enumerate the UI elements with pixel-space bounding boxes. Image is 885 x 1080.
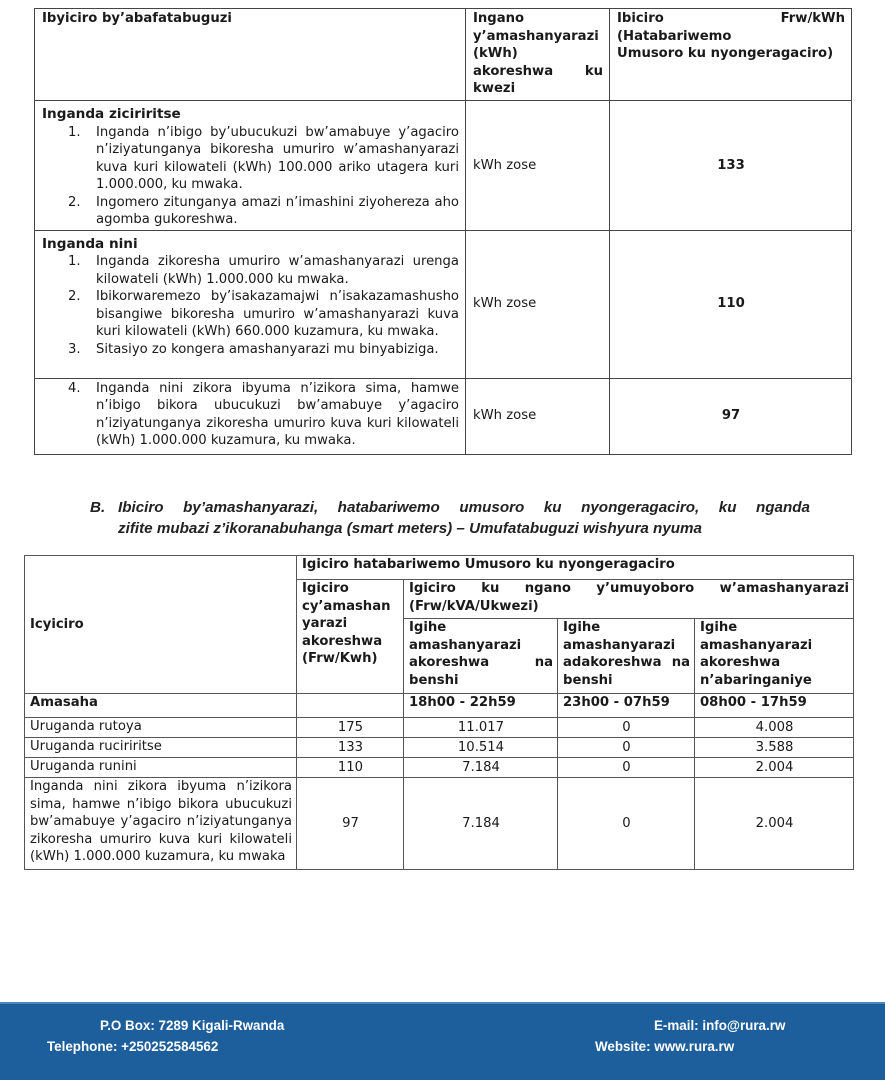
table-row: Uruganda runini 110 7.184 0 2.004: [25, 758, 854, 778]
item-text: Ibikorwaremezo by’isakazamajwi n’isakaza…: [96, 289, 459, 339]
shoulder-price-cell: 2.004: [695, 778, 854, 870]
group-title: Inganda ziciriritse: [42, 106, 459, 124]
peak-price-cell: 7.184: [404, 758, 558, 778]
consumption-cell: kWh zose: [466, 230, 610, 378]
table-row: Inganda nini 1.Inganda zikoresha umuriro…: [35, 230, 852, 378]
hours-empty-cell: [297, 694, 404, 718]
list-item: 3.Sitasiyo zo kongera amashanyarazi mu b…: [42, 341, 459, 359]
item-list: 1.Inganda zikoresha umuriro w’amashanyar…: [42, 253, 459, 358]
item-number: 4.: [68, 380, 81, 398]
footer-website[interactable]: Website: www.rura.rw: [595, 1039, 734, 1054]
tariff-categories-table: Ibyiciro by’abafatabuguzi Ingano y’amash…: [34, 8, 852, 455]
hours-row-label: Amasaha: [25, 694, 297, 718]
peak-price-cell: 11.017: [404, 718, 558, 738]
category-cell: Uruganda rutoya: [25, 718, 297, 738]
category-cell: Inganda nini 1.Inganda zikoresha umuriro…: [35, 230, 466, 378]
offpeak-price-cell: 0: [558, 738, 695, 758]
offpeak-price-cell: 0: [558, 778, 695, 870]
page-footer: P.O Box: 7289 Kigali-Rwanda Telephone: +…: [0, 1002, 885, 1080]
footer-pobox: P.O Box: 7289 Kigali-Rwanda: [100, 1018, 284, 1033]
header-demand-price: Igiciro ku ngano y’umuyoboro w’amashanya…: [404, 580, 854, 619]
consumption-cell: kWh zose: [466, 378, 610, 454]
list-item: 4.Inganda nini zikora ibyuma n’izikora s…: [42, 380, 459, 450]
header-category: Ibyiciro by’abafatabuguzi: [35, 9, 466, 101]
section-b-title-line2: zifite mubazi z’ikoranabuhanga (smart me…: [90, 518, 810, 539]
table-header-row: Ibyiciro by’abafatabuguzi Ingano y’amash…: [35, 9, 852, 101]
item-number: 2.: [68, 194, 81, 212]
table-header-row: Icyiciro Igiciro hatabariwemo Umusoro ku…: [25, 556, 854, 580]
header-peak-period: Igihe amashanyarazi akoreshwa na benshi: [404, 619, 558, 694]
header-price: Ibiciro Frw/kWh (Hatabariwemo Umusoro ku…: [610, 9, 852, 101]
item-text: Inganda n’ibigo by’ubucukuzi bw’amabuye …: [96, 125, 459, 193]
footer-email[interactable]: E-mail: info@rura.rw: [654, 1018, 785, 1033]
header-price-line: Umusoro ku nyongeragaciro): [617, 45, 845, 63]
category-cell: 4.Inganda nini zikora ibyuma n’izikora s…: [35, 378, 466, 454]
hours-row: Amasaha 18h00 - 22h59 23h00 - 07h59 08h0…: [25, 694, 854, 718]
item-text: Inganda nini zikora ibyuma n’izikora sim…: [96, 381, 459, 449]
shoulder-price-cell: 3.588: [695, 738, 854, 758]
energy-price-cell: 97: [297, 778, 404, 870]
energy-price-cell: 133: [297, 738, 404, 758]
header-offpeak-period: Igihe amashanyarazi adakoreshwa na bensh…: [558, 619, 695, 694]
offpeak-price-cell: 0: [558, 758, 695, 778]
table-row: Uruganda rutoya 175 11.017 0 4.008: [25, 718, 854, 738]
header-category: Icyiciro: [25, 556, 297, 694]
footer-telephone: Telephone: +250252584562: [47, 1039, 218, 1054]
table-row: Uruganda ruciriritse 133 10.514 0 3.588: [25, 738, 854, 758]
price-cell: 110: [610, 230, 852, 378]
item-list: 1.Inganda n’ibigo by’ubucukuzi bw’amabuy…: [42, 124, 459, 229]
shoulder-price-cell: 2.004: [695, 758, 854, 778]
list-item: 2.Ibikorwaremezo by’isakazamajwi n’isaka…: [42, 288, 459, 341]
list-item: 1.Inganda zikoresha umuriro w’amashanyar…: [42, 253, 459, 288]
list-item: 2.Ingomero zitunganya amazi n’imashini z…: [42, 194, 459, 229]
smart-meter-tariff-table: Icyiciro Igiciro hatabariwemo Umusoro ku…: [24, 555, 854, 870]
shoulder-hours: 08h00 - 17h59: [695, 694, 854, 718]
energy-price-cell: 110: [297, 758, 404, 778]
item-number: 3.: [68, 341, 81, 359]
header-consumption-line: (kWh): [473, 45, 603, 63]
header-group: Igiciro hatabariwemo Umusoro ku nyongera…: [297, 556, 854, 580]
energy-price-cell: 175: [297, 718, 404, 738]
section-label: B.: [90, 497, 118, 518]
peak-price-cell: 7.184: [404, 778, 558, 870]
shoulder-price-cell: 4.008: [695, 718, 854, 738]
item-list: 4.Inganda nini zikora ibyuma n’izikora s…: [42, 380, 459, 450]
category-cell: Uruganda runini: [25, 758, 297, 778]
header-consumption-line: kwezi: [473, 80, 603, 98]
list-item: 1.Inganda n’ibigo by’ubucukuzi bw’amabuy…: [42, 124, 459, 194]
item-number: 1.: [68, 253, 81, 271]
section-b-heading-line: B.Ibiciro by’amashanyarazi, hatabariwemo…: [90, 497, 810, 518]
table-row: Inganda nini zikora ibyuma n’izikora sim…: [25, 778, 854, 870]
consumption-cell: kWh zose: [466, 101, 610, 231]
item-text: Inganda zikoresha umuriro w’amashanyaraz…: [96, 254, 459, 287]
header-price-line: (Hatabariwemo: [617, 28, 845, 46]
header-consumption-line: akoreshwa ku: [473, 63, 603, 81]
header-energy-price: Igiciro cy’amashan yarazi akoreshwa (Frw…: [297, 580, 404, 694]
item-text: Ingomero zitunganya amazi n’imashini ziy…: [96, 195, 459, 228]
item-number: 1.: [68, 124, 81, 142]
category-cell: Inganda ziciriritse 1.Inganda n’ibigo by…: [35, 101, 466, 231]
section-b-heading: B.Ibiciro by’amashanyarazi, hatabariwemo…: [90, 497, 810, 539]
header-consumption-line: y’amashanyarazi: [473, 28, 603, 46]
header-shoulder-period: Igihe amashanyarazi akoreshwa n’abaringa…: [695, 619, 854, 694]
header-price-line: Ibiciro Frw/kWh: [617, 10, 845, 28]
peak-hours: 18h00 - 22h59: [404, 694, 558, 718]
peak-price-cell: 10.514: [404, 738, 558, 758]
section-b-title-line1: Ibiciro by’amashanyarazi, hatabariwemo u…: [118, 499, 810, 516]
item-text: Sitasiyo zo kongera amashanyarazi mu bin…: [96, 342, 439, 357]
header-consumption-line: Ingano: [473, 10, 603, 28]
table-row: 4.Inganda nini zikora ibyuma n’izikora s…: [35, 378, 852, 454]
offpeak-hours: 23h00 - 07h59: [558, 694, 695, 718]
price-cell: 97: [610, 378, 852, 454]
price-cell: 133: [610, 101, 852, 231]
category-cell: Uruganda ruciriritse: [25, 738, 297, 758]
table-row: Inganda ziciriritse 1.Inganda n’ibigo by…: [35, 101, 852, 231]
item-number: 2.: [68, 288, 81, 306]
header-consumption: Ingano y’amashanyarazi (kWh) akoreshwa k…: [466, 9, 610, 101]
group-title: Inganda nini: [42, 236, 459, 254]
offpeak-price-cell: 0: [558, 718, 695, 738]
category-cell: Inganda nini zikora ibyuma n’izikora sim…: [25, 778, 297, 870]
